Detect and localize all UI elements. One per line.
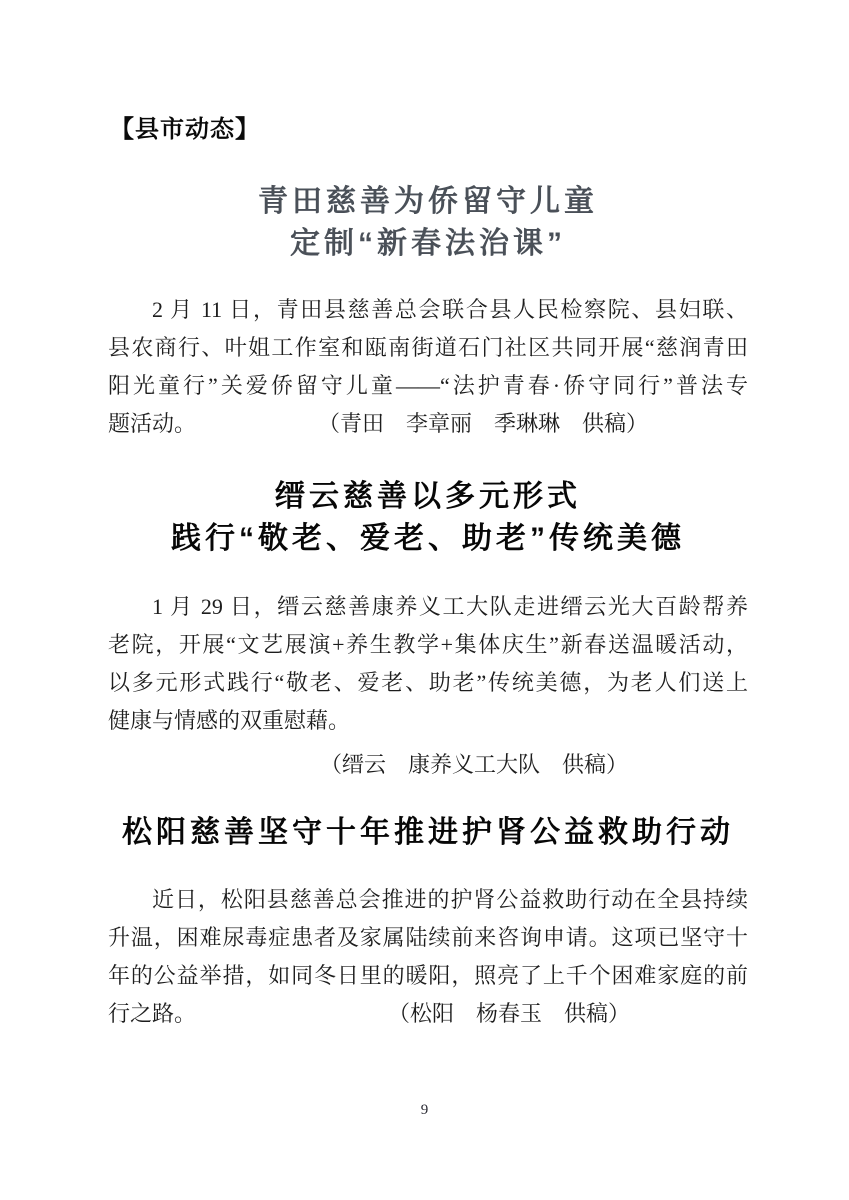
body-line: 老院，开展“文艺展演+养生教学+集体庆生”新春送温暖活动， xyxy=(108,626,748,664)
body-line: 以多元形式践行“敬老、爱老、助老”传统美德，为老人们送上 xyxy=(108,664,748,702)
body-line: 健康与情感的双重慰藉。 xyxy=(108,702,748,740)
article-3-title-line-1: 松阳慈善坚守十年推进护肾公益救助行动 xyxy=(108,813,748,853)
article-1-body: 2 月 11 日，青田县慈善总会联合县人民检察院、县妇联、 县农商行、叶姐工作室… xyxy=(108,291,748,443)
article-1-attribution: （青田 李章丽 季琳琳 供稿） xyxy=(318,405,648,443)
body-line-text: 题活动。 xyxy=(108,405,196,443)
article-2-body: 1 月 29 日，缙云慈善康养义工大队走进缙云光大百龄帮养 老院，开展“文艺展演… xyxy=(108,588,748,784)
article-2-title: 缙云慈善以多元形式 践行“敬老、爱老、助老”传统美德 xyxy=(108,476,748,560)
document-page: 【县市动态】 青田慈善为侨留守儿童 定制“新春法治课” 2 月 11 日，青田县… xyxy=(0,0,849,1200)
body-line: 升温，困难尿毒症患者及家属陆续前来咨询申请。这项已坚守十 xyxy=(108,919,748,957)
article-1-title: 青田慈善为侨留守儿童 定制“新春法治课” xyxy=(108,181,748,265)
article-1-title-line-1: 青田慈善为侨留守儿童 xyxy=(108,181,748,223)
body-line: 年的公益举措，如同冬日里的暖阳，照亮了上千个困难家庭的前 xyxy=(108,957,748,995)
body-line: 2 月 11 日，青田县慈善总会联合县人民检察院、县妇联、 xyxy=(108,291,748,329)
article-2-title-line-1: 缙云慈善以多元形式 xyxy=(108,476,748,518)
page-number: 9 xyxy=(0,1098,849,1122)
article-2-attribution: （缙云 康养义工大队 供稿） xyxy=(108,746,748,784)
body-line: 阳光童行”关爱侨留守儿童——“法护青春·侨守同行”普法专 xyxy=(108,367,748,405)
article-1-title-line-2: 定制“新春法治课” xyxy=(108,223,748,265)
body-line-text: 行之路。 xyxy=(108,995,196,1033)
article-3-body: 近日，松阳县慈善总会推进的护肾公益救助行动在全县持续 升温，困难尿毒症患者及家属… xyxy=(108,881,748,1033)
body-line: 行之路。 （松阳 杨春玉 供稿） xyxy=(108,995,748,1033)
body-line: 县农商行、叶姐工作室和瓯南街道石门社区共同开展“慈润青田 xyxy=(108,329,748,367)
body-line: 近日，松阳县慈善总会推进的护肾公益救助行动在全县持续 xyxy=(108,881,748,919)
body-line: 1 月 29 日，缙云慈善康养义工大队走进缙云光大百龄帮养 xyxy=(108,588,748,626)
article-2-title-line-2: 践行“敬老、爱老、助老”传统美德 xyxy=(108,518,748,560)
body-line: 题活动。 （青田 李章丽 季琳琳 供稿） xyxy=(108,405,748,443)
section-header: 【县市动态】 xyxy=(110,113,260,147)
article-3-title: 松阳慈善坚守十年推进护肾公益救助行动 xyxy=(108,813,748,853)
article-3-attribution: （松阳 杨春玉 供稿） xyxy=(388,995,630,1033)
